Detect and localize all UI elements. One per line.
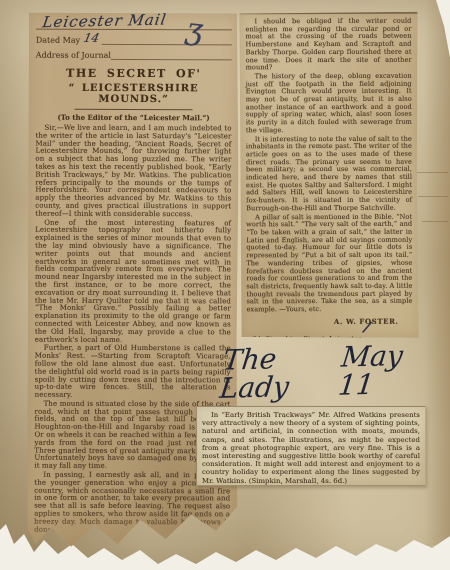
handwritten-journal-name: Leicester Mail bbox=[41, 11, 168, 32]
letter-paragraph: Further, a part of Old Humberstone is ca… bbox=[35, 345, 231, 400]
scrapbook-page: 36 Leicester Mail ʒ Dated May 14 Address… bbox=[0, 0, 450, 570]
handwritten-publication-name: The Lady bbox=[218, 344, 343, 403]
handwritten-publication-date: May 11 bbox=[337, 341, 439, 400]
paper-crease-line bbox=[418, 196, 448, 197]
form-address-label: Address of Journal bbox=[36, 51, 111, 60]
letter-paragraph: Sir,—We live and learn, and I am much in… bbox=[35, 125, 231, 219]
headline-line-1: THE SECRET OF' bbox=[36, 67, 232, 81]
letter-paragraph: The history of the deep, oblong excavati… bbox=[246, 73, 412, 135]
clipping-book-review: In “Early British Trackways” Mr. Alfred … bbox=[196, 406, 426, 486]
clipping-letter-column-2: I should be obliged if the writer could … bbox=[239, 12, 418, 339]
letter-paragraph: One of the most interesting features of … bbox=[35, 219, 231, 344]
form-dated-label: Dated May bbox=[36, 36, 80, 45]
letter-paragraph: A pillar of salt is mentioned in the Bib… bbox=[246, 213, 412, 314]
letter-paragraph: It is interesting to note the value of s… bbox=[246, 135, 412, 213]
paper-crease-line bbox=[422, 221, 448, 222]
handwritten-date: 14 bbox=[83, 31, 101, 45]
form-address-line bbox=[111, 47, 232, 60]
letter-salutation: (To the Editor of the “Leicester Mail.”) bbox=[36, 113, 232, 123]
form-row-address: Address of Journal bbox=[36, 45, 232, 61]
letter-paragraph: I should be obliged if the writer could … bbox=[245, 18, 411, 73]
ink-flourish-mark: ʒ bbox=[184, 14, 204, 46]
headline-line-2: “ LEICESTERSHIRE MOUNDS.” bbox=[36, 83, 232, 106]
paper-crease-line bbox=[414, 172, 448, 173]
letter-column-2-text: I should be obliged if the writer could … bbox=[245, 18, 412, 314]
review-text: In “Early British Trackways” Mr. Alfred … bbox=[202, 411, 420, 485]
form-dated-line bbox=[101, 32, 231, 45]
headline-rule bbox=[75, 109, 193, 110]
handwritten-source-annotation: The Lady May 11 bbox=[218, 349, 437, 403]
letter-signature: A. W. FOSTER. bbox=[246, 316, 398, 326]
